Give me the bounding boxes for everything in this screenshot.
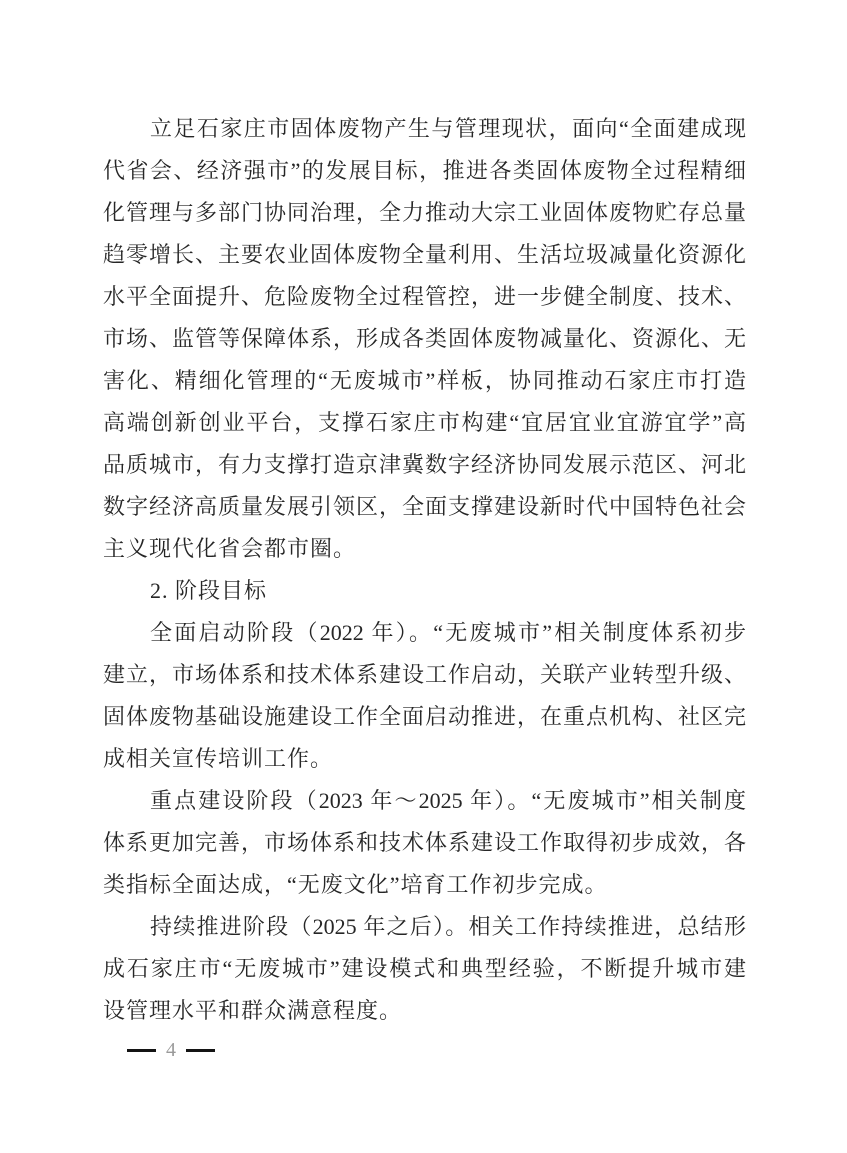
footer-dash-icon — [186, 1049, 215, 1052]
text-line: 害化、精细化管理的“无废城市”样板，协同推动石家庄市打造 — [103, 360, 746, 402]
paragraph-launch-stage: 全面启动阶段（2022 年）。“无废城市”相关制度体系初步 建立，市场体系和技术… — [103, 612, 746, 780]
text-line: 成石家庄市“无废城市”建设模式和典型经验，不断提升城市建 — [103, 948, 746, 990]
section-heading: 2. 阶段目标 — [103, 570, 746, 612]
text-line: 体系更加完善，市场体系和技术体系建设工作取得初步成效，各 — [103, 822, 746, 864]
text-line: 趋零增长、主要农业固体废物全量利用、生活垃圾减量化资源化 — [103, 234, 746, 276]
text-line: 品质城市，有力支撑打造京津冀数字经济协同发展示范区、河北 — [103, 444, 746, 486]
text-line: 立足石家庄市固体废物产生与管理现状，面向“全面建成现 — [103, 108, 746, 150]
text-line: 主义现代化省会都市圈。 — [103, 528, 746, 570]
heading-stage-goals: 2. 阶段目标 — [103, 570, 746, 612]
text-line: 设管理水平和群众满意程度。 — [103, 990, 746, 1032]
text-line: 固体废物基础设施建设工作全面启动推进，在重点机构、社区完 — [103, 696, 746, 738]
text-line: 代省会、经济强市”的发展目标，推进各类固体废物全过程精细 — [103, 150, 746, 192]
text-line: 数字经济高质量发展引领区，全面支撑建设新时代中国特色社会 — [103, 486, 746, 528]
footer-dash-icon — [127, 1049, 156, 1052]
paragraph-overall-goal: 立足石家庄市固体废物产生与管理现状，面向“全面建成现 代省会、经济强市”的发展目… — [103, 108, 746, 570]
paragraph-continuous-stage: 持续推进阶段（2025 年之后）。相关工作持续推进，总结形 成石家庄市“无废城市… — [103, 906, 746, 1032]
text-line: 水平全面提升、危险废物全过程管控，进一步健全制度、技术、 — [103, 276, 746, 318]
text-line: 高端创新创业平台，支撑石家庄市构建“宜居宜业宜游宜学”高 — [103, 402, 746, 444]
text-line: 市场、监管等保障体系，形成各类固体废物减量化、资源化、无 — [103, 318, 746, 360]
page-number: 4 — [166, 1040, 176, 1060]
paragraph-key-construction-stage: 重点建设阶段（2023 年～2025 年）。“无废城市”相关制度 体系更加完善，… — [103, 780, 746, 906]
text-line: 持续推进阶段（2025 年之后）。相关工作持续推进，总结形 — [103, 906, 746, 948]
text-line: 全面启动阶段（2022 年）。“无废城市”相关制度体系初步 — [103, 612, 746, 654]
text-line: 化管理与多部门协同治理，全力推动大宗工业固体废物贮存总量 — [103, 192, 746, 234]
text-line: 类指标全面达成，“无废文化”培育工作初步完成。 — [103, 864, 746, 906]
page-body-text: 立足石家庄市固体废物产生与管理现状，面向“全面建成现 代省会、经济强市”的发展目… — [103, 108, 746, 1032]
text-line: 建立，市场体系和技术体系建设工作启动，关联产业转型升级、 — [103, 654, 746, 696]
text-line: 重点建设阶段（2023 年～2025 年）。“无废城市”相关制度 — [103, 780, 746, 822]
text-line: 成相关宣传培训工作。 — [103, 738, 746, 780]
document-page: 立足石家庄市固体废物产生与管理现状，面向“全面建成现 代省会、经济强市”的发展目… — [0, 0, 847, 1153]
page-number-footer: 4 — [127, 1038, 215, 1062]
